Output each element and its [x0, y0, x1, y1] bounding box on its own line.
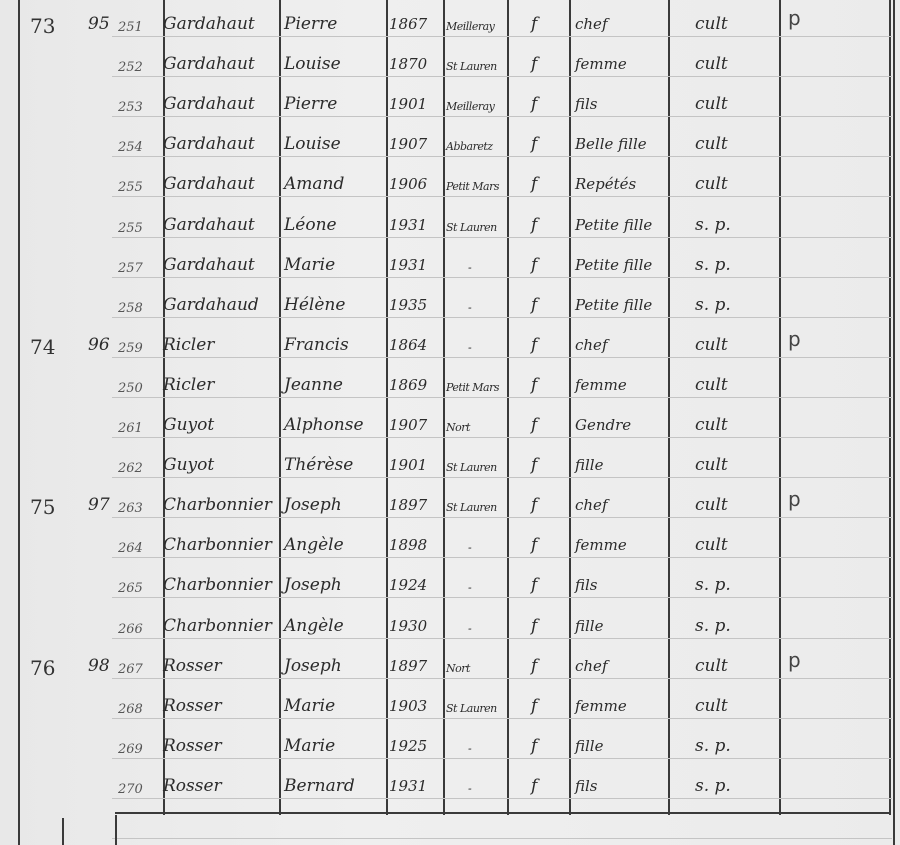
column-rule: [163, 0, 165, 815]
birth-year: 1925: [389, 736, 427, 756]
household-position: Belle fille: [575, 134, 647, 154]
birth-year: 1931: [389, 776, 427, 796]
surname: Gardahaut: [163, 134, 255, 154]
nationality: f: [531, 295, 537, 315]
birth-year: 1870: [389, 54, 427, 74]
left-stub: [62, 818, 64, 845]
first-name: Angèle: [284, 616, 344, 636]
birth-place: St Lauren: [446, 498, 497, 518]
profession: cult: [695, 495, 728, 515]
column-rule: [779, 0, 781, 815]
surname: Charbonnier: [163, 495, 272, 515]
profession: cult: [695, 14, 728, 34]
person-number: 266: [118, 620, 143, 640]
first-name: Bernard: [284, 776, 355, 796]
birth-place: St Lauren: [446, 57, 497, 77]
maison-number: 97: [88, 495, 110, 515]
table-bottom-border: [115, 812, 891, 814]
birth-place: St Lauren: [446, 218, 497, 238]
profession: s. p.: [695, 295, 731, 315]
surname: Gardahaut: [163, 255, 255, 275]
profession: s. p.: [695, 776, 731, 796]
household-position: femme: [575, 535, 627, 555]
profession: cult: [695, 696, 728, 716]
person-number: 268: [118, 700, 143, 720]
nationality: f: [531, 575, 537, 595]
surname: Gardahaut: [163, 94, 255, 114]
birth-year: 1897: [389, 495, 427, 515]
surname: Rosser: [163, 696, 222, 716]
household-position: Petite fille: [575, 215, 652, 235]
nationality: f: [531, 455, 537, 475]
household-position: Gendre: [575, 415, 631, 435]
household-position: femme: [575, 375, 627, 395]
row-rule: [112, 76, 892, 77]
profession: cult: [695, 134, 728, 154]
nationality: f: [531, 736, 537, 756]
profession: s. p.: [695, 215, 731, 235]
first-name: Francis: [284, 335, 349, 355]
status-mark: p: [788, 650, 801, 670]
birth-year: 1898: [389, 535, 427, 555]
row-rule: [112, 718, 892, 719]
profession: s. p.: [695, 736, 731, 756]
person-number: 257: [118, 259, 143, 279]
row-rule: [112, 156, 892, 157]
row-rule: [112, 196, 892, 197]
first-name: Marie: [284, 696, 335, 716]
birth-place: Meilleray: [446, 17, 494, 37]
profession: cult: [695, 656, 728, 676]
person-number: 254: [118, 138, 143, 158]
row-rule: [112, 798, 892, 799]
first-name: Pierre: [284, 94, 337, 114]
person-number: 264: [118, 539, 143, 559]
person-number: 263: [118, 499, 143, 519]
row-rule: [112, 116, 892, 117]
surname: Ricler: [163, 335, 214, 355]
nationality: f: [531, 94, 537, 114]
birth-year: 1924: [389, 575, 427, 595]
row-rule: [112, 397, 892, 398]
surname: Charbonnier: [163, 575, 272, 595]
birth-year: 1864: [389, 335, 427, 355]
profession: cult: [695, 94, 728, 114]
column-rule: [443, 0, 445, 815]
birth-year: 1930: [389, 616, 427, 636]
nationality: f: [531, 776, 537, 796]
nationality: f: [531, 535, 537, 555]
person-number: 251: [118, 18, 143, 38]
row-rule: [112, 477, 892, 478]
row-rule: [112, 36, 892, 37]
profession: cult: [695, 335, 728, 355]
birth-year: 1935: [389, 295, 427, 315]
row-rule: [112, 237, 892, 238]
birth-place: -: [468, 258, 471, 278]
surname: Ricler: [163, 375, 214, 395]
person-number: 262: [118, 459, 143, 479]
birth-year: 1931: [389, 255, 427, 275]
surname: Gardahaut: [163, 215, 255, 235]
column-rule: [569, 0, 571, 815]
birth-year: 1901: [389, 94, 427, 114]
register-page: 7395251GardahautPierre1867Meillerayfchef…: [0, 0, 900, 845]
row-rule: [112, 557, 892, 558]
surname: Rosser: [163, 736, 222, 756]
maison-number: 95: [88, 14, 110, 34]
first-name: Joseph: [284, 575, 342, 595]
surname: Rosser: [163, 656, 222, 676]
profession: cult: [695, 415, 728, 435]
nationality: f: [531, 375, 537, 395]
row-rule: [112, 277, 892, 278]
person-number: 258: [118, 299, 143, 319]
nationality: f: [531, 14, 537, 34]
person-number: 269: [118, 740, 143, 760]
profession: cult: [695, 54, 728, 74]
profession: s. p.: [695, 575, 731, 595]
birth-year: 1906: [389, 174, 427, 194]
table-bottom-stub: [115, 815, 117, 845]
household-position: chef: [575, 495, 608, 515]
right-double-rule: [893, 0, 895, 845]
profession: s. p.: [695, 616, 731, 636]
person-number: 255: [118, 219, 143, 239]
birth-year: 1903: [389, 696, 427, 716]
birth-place: -: [468, 779, 471, 799]
nationality: f: [531, 215, 537, 235]
surname: Charbonnier: [163, 535, 272, 555]
birth-place: Petit Mars: [446, 378, 499, 398]
row-rule: [112, 678, 892, 679]
first-name: Amand: [284, 174, 344, 194]
first-name: Jeanne: [284, 375, 343, 395]
household-position: fille: [575, 616, 603, 636]
nationality: f: [531, 134, 537, 154]
birth-place: -: [468, 578, 471, 598]
birth-place: Nort: [446, 659, 470, 679]
household-position: Repétés: [575, 174, 636, 194]
household-position: fils: [575, 575, 598, 595]
profession: cult: [695, 535, 728, 555]
surname: Charbonnier: [163, 616, 272, 636]
birth-place: -: [468, 538, 471, 558]
row-rule: [112, 638, 892, 639]
person-number: 270: [118, 780, 143, 800]
nationality: f: [531, 616, 537, 636]
surname: Gardahaud: [163, 295, 259, 315]
nationality: f: [531, 415, 537, 435]
birth-place: -: [468, 739, 471, 759]
column-rule: [889, 0, 891, 815]
person-number: 259: [118, 339, 143, 359]
row-rule: [112, 357, 892, 358]
first-name: Thérèse: [284, 455, 353, 475]
nationality: f: [531, 255, 537, 275]
birth-place: -: [468, 619, 471, 639]
row-rule: [112, 317, 892, 318]
household-position: chef: [575, 656, 608, 676]
household-position: chef: [575, 14, 608, 34]
first-name: Louise: [284, 54, 341, 74]
column-rule: [668, 0, 670, 815]
household-position: femme: [575, 54, 627, 74]
first-name: Hélène: [284, 295, 345, 315]
surname: Gardahaut: [163, 54, 255, 74]
household-position: fille: [575, 455, 603, 475]
birth-year: 1867: [389, 14, 427, 34]
row-rule: [112, 517, 892, 518]
row-rule: [112, 597, 892, 598]
status-mark: p: [788, 8, 801, 28]
person-number: 250: [118, 379, 143, 399]
birth-year: 1931: [389, 215, 427, 235]
column-rule: [279, 0, 281, 815]
first-name: Joseph: [284, 495, 342, 515]
birth-place: St Lauren: [446, 458, 497, 478]
first-name: Alphonse: [284, 415, 364, 435]
person-number: 267: [118, 660, 143, 680]
profession: cult: [695, 174, 728, 194]
surname: Gardahaut: [163, 14, 255, 34]
first-name: Marie: [284, 255, 335, 275]
birth-place: -: [468, 338, 471, 358]
household-position: Petite fille: [575, 295, 652, 315]
first-name: Pierre: [284, 14, 337, 34]
birth-place: Abbaretz: [446, 137, 493, 157]
birth-year: 1897: [389, 656, 427, 676]
household-position: fils: [575, 776, 598, 796]
person-number: 252: [118, 58, 143, 78]
birth-place: Nort: [446, 418, 470, 438]
first-name: Louise: [284, 134, 341, 154]
birth-place: Meilleray: [446, 97, 494, 117]
first-name: Marie: [284, 736, 335, 756]
birth-place: Petit Mars: [446, 177, 499, 197]
first-name: Joseph: [284, 656, 342, 676]
nationality: f: [531, 495, 537, 515]
household-position: femme: [575, 696, 627, 716]
birth-place: St Lauren: [446, 699, 497, 719]
row-rule: [112, 437, 892, 438]
profession: cult: [695, 375, 728, 395]
status-mark: p: [788, 489, 801, 509]
menage-number: 75: [30, 497, 55, 517]
person-number: 265: [118, 579, 143, 599]
birth-year: 1907: [389, 134, 427, 154]
surname: Gardahaut: [163, 174, 255, 194]
household-position: chef: [575, 335, 608, 355]
first-name: Angèle: [284, 535, 344, 555]
nationality: f: [531, 335, 537, 355]
household-position: Petite fille: [575, 255, 652, 275]
first-name: Léone: [284, 215, 337, 235]
profession: s. p.: [695, 255, 731, 275]
menage-number: 76: [30, 658, 55, 678]
birth-place: -: [468, 298, 471, 318]
menage-number: 74: [30, 337, 55, 357]
surname: Guyot: [163, 455, 214, 475]
nationality: f: [531, 656, 537, 676]
maison-number: 96: [88, 335, 110, 355]
household-position: fils: [575, 94, 598, 114]
column-rule: [18, 0, 20, 845]
surname: Guyot: [163, 415, 214, 435]
birth-year: 1901: [389, 455, 427, 475]
surname: Rosser: [163, 776, 222, 796]
profession: cult: [695, 455, 728, 475]
row-rule: [112, 758, 892, 759]
birth-year: 1869: [389, 375, 427, 395]
person-number: 255: [118, 178, 143, 198]
person-number: 261: [118, 419, 143, 439]
column-rule: [386, 0, 388, 815]
nationality: f: [531, 54, 537, 74]
nationality: f: [531, 174, 537, 194]
nationality: f: [531, 696, 537, 716]
birth-year: 1907: [389, 415, 427, 435]
person-number: 253: [118, 98, 143, 118]
menage-number: 73: [30, 16, 55, 36]
row-rule: [112, 838, 892, 839]
household-position: fille: [575, 736, 603, 756]
column-rule: [507, 0, 509, 815]
status-mark: p: [788, 329, 801, 349]
maison-number: 98: [88, 656, 110, 676]
